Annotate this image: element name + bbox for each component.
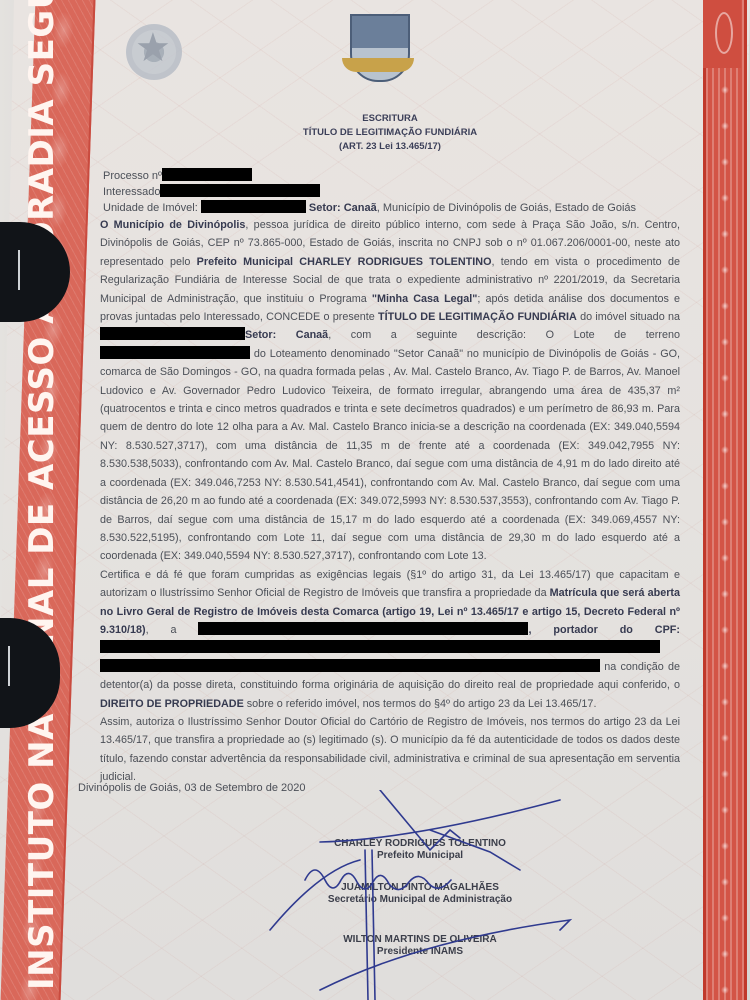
redaction-bar (100, 327, 245, 340)
signatory-role: Secretário Municipal de Administração (300, 894, 540, 906)
unidade-field: Unidade de Imóvel: Setor: Canaã, Municíp… (103, 200, 636, 216)
document-content: ESCRITURA TÍTULO DE LEGITIMAÇÃO FUNDIÁRI… (0, 0, 750, 1000)
signatory-name: CHARLEY RODRIGUES TOLENTINO (300, 838, 540, 850)
signatory-role: Prefeito Municipal (300, 850, 540, 862)
interessado-field: Interessado (103, 184, 636, 200)
title-line-1: ESCRITURA (260, 112, 520, 126)
paragraph-concession: O Município de Divinópolis, pessoa juríd… (100, 216, 680, 566)
redaction-bar (100, 640, 660, 653)
redaction-bar (100, 346, 250, 359)
signatory-name: JUAMILTON PINTO MAGALHÃES (300, 882, 540, 894)
paragraph-authorization: Assim, autoriza o Ilustríssimo Senhor Do… (100, 713, 680, 787)
signature-block: CHARLEY RODRIGUES TOLENTINO Prefeito Mun… (300, 838, 540, 958)
redaction-bar (201, 200, 306, 213)
place-date: Divinópolis de Goiás, 03 de Setembro de … (78, 782, 305, 794)
document-body: O Município de Divinópolis, pessoa juríd… (100, 216, 680, 787)
redaction-bar (160, 184, 320, 197)
title-line-2: TÍTULO DE LEGITIMAÇÃO FUNDIÁRIA (260, 126, 520, 140)
document-title: ESCRITURA TÍTULO DE LEGITIMAÇÃO FUNDIÁRI… (260, 112, 520, 154)
redaction-bar (100, 659, 600, 672)
processo-field: Processo nº (103, 168, 636, 184)
redaction-bar (198, 622, 528, 635)
signatory-role: Presidente INAMS (300, 946, 540, 958)
redaction-bar (162, 168, 252, 181)
signatory-name: WILTON MARTINS DE OLIVEIRA (300, 934, 540, 946)
header-fields: Processo nº Interessado Unidade de Imóve… (103, 168, 636, 216)
paragraph-certification: Certifica e dá fé que foram cumpridas as… (100, 566, 680, 713)
title-line-3: (ART. 23 Lei 13.465/17) (260, 140, 520, 154)
